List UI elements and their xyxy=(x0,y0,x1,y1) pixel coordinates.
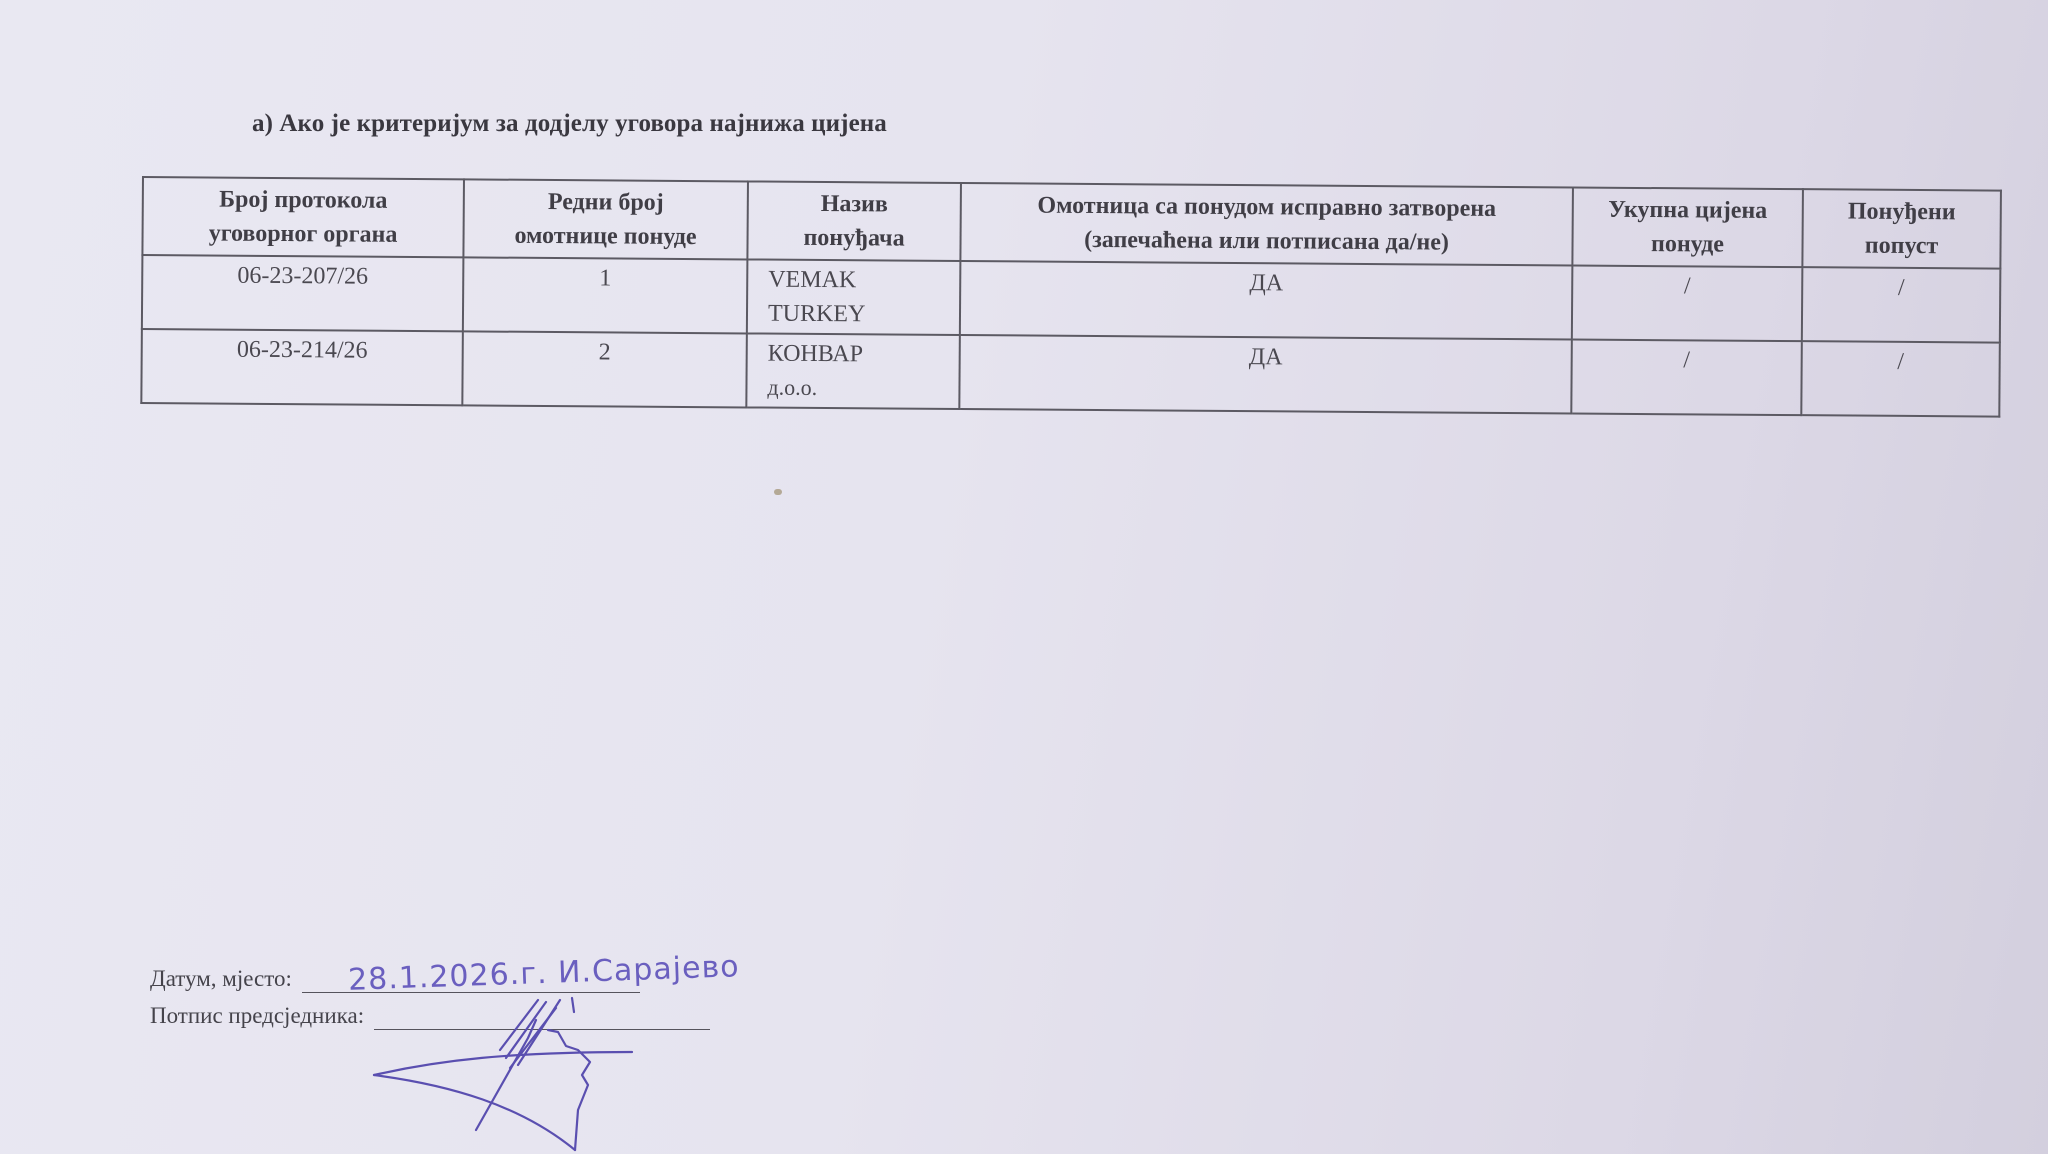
signature-mark-icon xyxy=(360,990,680,1154)
cell-bidder-name: VEMAK TURKEY xyxy=(747,259,961,335)
document-page: а) Ако је критеријум за додјелу уговора … xyxy=(0,0,2048,1154)
column-header-discount: Понуђени попуст xyxy=(1802,189,2001,268)
cell-envelope-sealed: ДА xyxy=(960,261,1573,339)
cell-total-price: / xyxy=(1571,339,1802,415)
cell-bidder-name: КОНВАР д.о.о. xyxy=(746,333,960,409)
column-header-envelope-number: Редни број омотнице понуде xyxy=(463,179,748,259)
table-row: 06-23-214/26 2 КОНВАР д.о.о. ДА / / xyxy=(141,329,1999,417)
bidder-name-line: TURKEY xyxy=(768,301,866,328)
president-signature-label: Потпис предсједника: xyxy=(150,1003,364,1029)
column-header-envelope-sealed: Омотница са понудом исправно затворена (… xyxy=(960,183,1573,265)
header-line: Број протокола xyxy=(219,187,387,214)
column-header-total-price: Укупна цијена понуде xyxy=(1572,187,1803,267)
bidder-name-line: КОНВАР xyxy=(768,341,863,368)
header-line: Укупна цијена xyxy=(1608,197,1767,224)
offers-table: Број протокола уговорног органа Редни бр… xyxy=(140,176,2002,418)
paper-speck xyxy=(774,489,782,495)
table-row: 06-23-207/26 1 VEMAK TURKEY ДА / / xyxy=(142,255,2000,343)
header-line: Назив xyxy=(821,191,888,217)
cell-envelope-sealed: ДА xyxy=(959,335,1572,413)
cell-envelope-number: 1 xyxy=(463,257,748,333)
bidder-name-line: д.о.о. xyxy=(767,371,952,406)
column-header-protocol: Број протокола уговорног органа xyxy=(142,177,464,257)
table-header-row: Број протокола уговорног органа Редни бр… xyxy=(142,177,2001,269)
cell-envelope-number: 2 xyxy=(462,331,747,407)
header-line: Редни број xyxy=(548,189,664,216)
cell-protocol: 06-23-214/26 xyxy=(141,329,463,405)
header-line: Омотница са понудом исправно затворена xyxy=(1037,193,1496,222)
header-line: Понуђени xyxy=(1848,199,1956,226)
header-line: понуде xyxy=(1651,231,1724,258)
cell-protocol: 06-23-207/26 xyxy=(142,255,464,331)
header-line: попуст xyxy=(1865,233,1939,260)
date-place-label: Датум, мјесто: xyxy=(150,966,292,992)
section-heading: а) Ако је критеријум за додјелу уговора … xyxy=(252,110,887,138)
header-line: (запечаћена или потписана да/не) xyxy=(1084,227,1449,256)
header-line: уговорног органа xyxy=(209,220,398,247)
cell-total-price: / xyxy=(1572,265,1803,341)
header-line: понуђача xyxy=(803,225,904,252)
column-header-bidder-name: Назив понуђача xyxy=(747,181,961,261)
bidder-name-line: VEMAK xyxy=(768,267,856,294)
header-line: омотнице понуде xyxy=(514,223,696,250)
cell-discount: / xyxy=(1802,267,2001,342)
cell-discount: / xyxy=(1801,341,2000,416)
offers-table-wrapper: Број протокола уговорног органа Редни бр… xyxy=(140,176,2002,418)
